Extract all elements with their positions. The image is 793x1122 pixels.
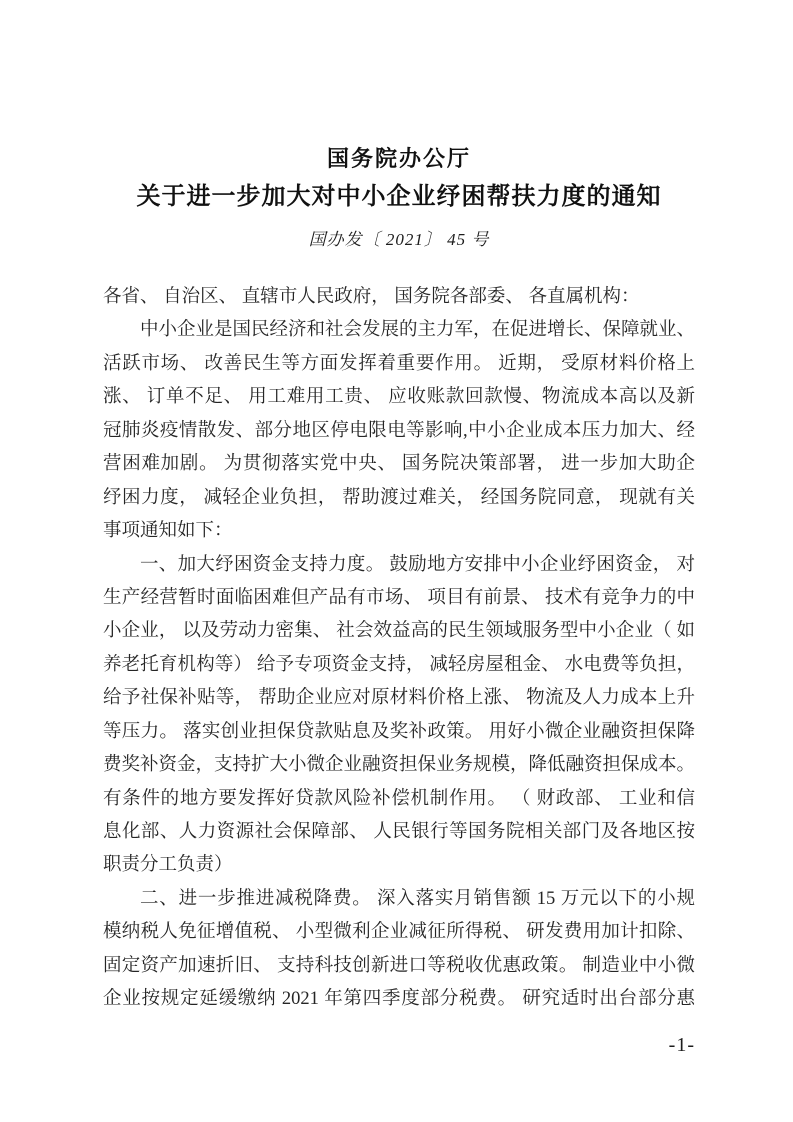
document-heading-block: 国务院办公厅 关于进一步加大对中小企业纾困帮扶力度的通知 国办发〔 2021〕 …	[103, 144, 695, 250]
document-number: 国办发〔 2021〕 45 号	[103, 225, 695, 250]
text-line: 模纳税人免征增值税、 小型微利企业减征所得税、 研发费用加计扣除、	[103, 916, 695, 949]
text-line: 小企业， 以及劳动力密集、 社会效益高的民生领域服务型中小企业（ 如	[103, 615, 695, 648]
text-line: 冠肺炎疫情散发、部分地区停电限电等影响,中小企业成本压力加大、经	[103, 415, 695, 448]
text-line: 中小企业是国民经济和社会发展的主力军，在促进增长、保障就业、	[103, 314, 695, 347]
text-line: 生产经营暂时面临困难但产品有市场、 项目有前景、 技术有竞争力的中	[103, 582, 695, 615]
text-line: 给予社保补贴等， 帮助企业应对原材料价格上涨、 物流及人力成本上升	[103, 682, 695, 715]
text-line: 一、加大纾困资金支持力度。 鼓励地方安排中小企业纾困资金， 对	[103, 549, 695, 582]
document-issuer: 国务院办公厅	[103, 144, 695, 174]
document-body: 各省、 自治区、 直辖市人民政府， 国务院各部委、 各直属机构：中小企业是国民经…	[103, 281, 695, 1017]
text-line: 费奖补资金，支持扩大小微企业融资担保业务规模，降低融资担保成本。	[103, 749, 695, 782]
text-line: 企业按规定延缓缴纳 2021 年第四季度部分税费。 研究适时出台部分惠	[103, 983, 695, 1016]
page-number: -1-	[669, 1034, 695, 1057]
document-title: 关于进一步加大对中小企业纾困帮扶力度的通知	[103, 180, 695, 214]
text-line: 等压力。 落实创业担保贷款贴息及奖补政策。 用好小微企业融资担保降	[103, 716, 695, 749]
text-line: 纾困力度， 减轻企业负担， 帮助渡过难关， 经国务院同意， 现就有关	[103, 482, 695, 515]
text-line: 养老托育机构等） 给予专项资金支持， 减轻房屋租金、 水电费等负担，	[103, 649, 695, 682]
text-line: 事项通知如下：	[103, 515, 695, 548]
text-line: 有条件的地方要发挥好贷款风险补偿机制作用。 （ 财政部、 工业和信	[103, 783, 695, 816]
text-line: 活跃市场、 改善民生等方面发挥着重要作用。 近期， 受原材料价格上	[103, 348, 695, 381]
text-line: 二、进一步推进减税降费。 深入落实月销售额 15 万元以下的小规	[103, 883, 695, 916]
text-line: 涨、 订单不足、 用工难用工贵、 应收账款回款慢、物流成本高以及新	[103, 381, 695, 414]
document-page: 国务院办公厅 关于进一步加大对中小企业纾困帮扶力度的通知 国办发〔 2021〕 …	[0, 0, 793, 1122]
text-line: 息化部、人力资源社会保障部、 人民银行等国务院相关部门及各地区按	[103, 816, 695, 849]
text-line: 营困难加剧。 为贯彻落实党中央、 国务院决策部署， 进一步加大助企	[103, 448, 695, 481]
text-line: 固定资产加速折旧、 支持科技创新进口等税收优惠政策。 制造业中小微	[103, 950, 695, 983]
text-line: 各省、 自治区、 直辖市人民政府， 国务院各部委、 各直属机构：	[103, 281, 695, 314]
text-line: 职责分工负责）	[103, 849, 695, 882]
